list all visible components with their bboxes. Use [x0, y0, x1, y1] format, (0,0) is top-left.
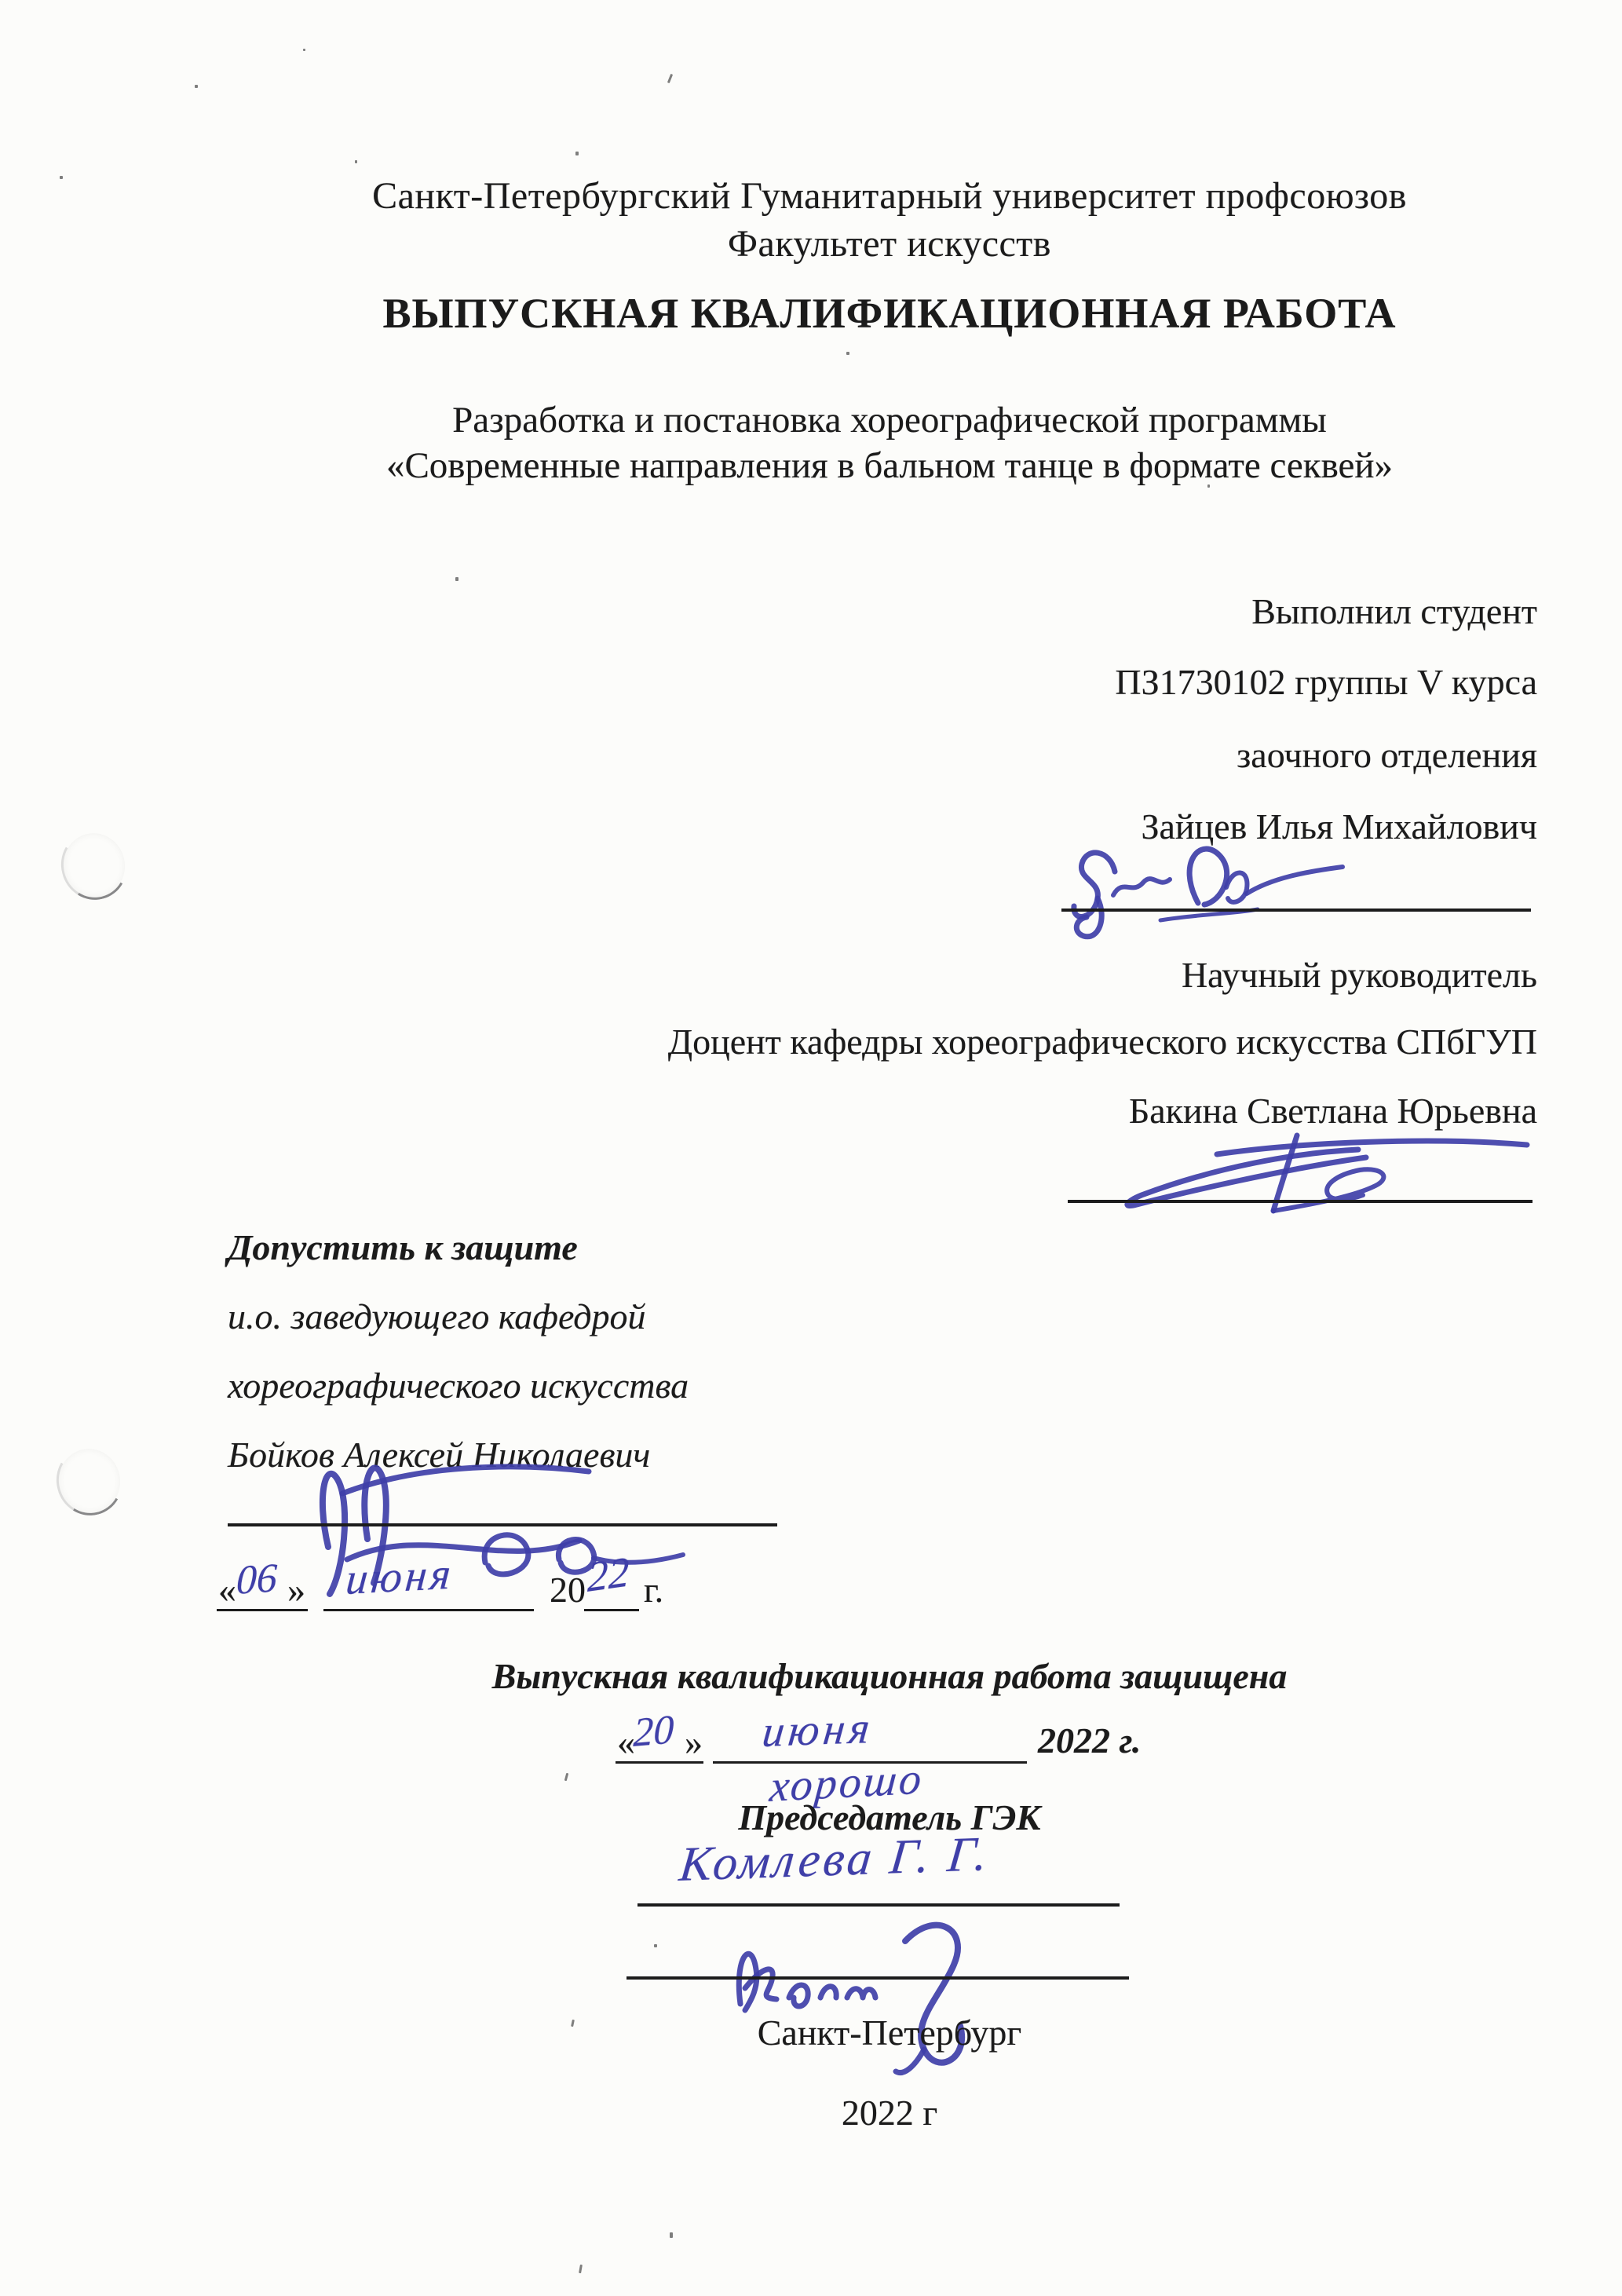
student-label: Выполнил студент: [1251, 590, 1537, 632]
faculty-name: Факультет искусств: [157, 222, 1622, 265]
student-mode: заочного отделения: [1237, 734, 1537, 776]
scan-speck: [564, 1773, 568, 1781]
approval-date-day-handwritten: 06: [236, 1555, 278, 1604]
head-signature-line: [228, 1523, 777, 1526]
scan-speck: [355, 160, 357, 163]
scan-speck: [667, 74, 673, 83]
defense-statement: Выпускная квалификационная работа защище…: [157, 1655, 1622, 1697]
approval-date-suffix: г.: [644, 1569, 663, 1610]
approval-date-month-underline: [323, 1609, 534, 1611]
defense-date-year: 2022 г.: [1038, 1720, 1141, 1761]
student-group: ПЗ1730102 группы V курса: [1115, 661, 1537, 703]
scan-speck: [670, 2232, 673, 2238]
student-signature: [1066, 832, 1349, 950]
scan-speck: [579, 2265, 583, 2273]
chairman-name-handwritten: Комлева Г. Г.: [677, 1826, 993, 1893]
supervisor-label: Научный руководитель: [1182, 954, 1537, 996]
university-name: Санкт-Петербургский Гуманитарный универс…: [157, 174, 1622, 218]
approval-date-century: 20: [550, 1569, 586, 1610]
punch-hole-artifact-bottom: [49, 1439, 130, 1523]
defense-date-quote-close: »: [685, 1721, 703, 1763]
supervisor-signature-line: [1068, 1200, 1532, 1203]
chairman-signature: [711, 1907, 1025, 2083]
defense-date-day-underline: [616, 1761, 703, 1764]
scan-speck: [303, 49, 305, 51]
thesis-title-line1: Разработка и постановка хореографической…: [157, 399, 1622, 441]
admit-to-defense-label: Допустить к защите: [228, 1227, 578, 1268]
scan-speck: [455, 577, 458, 581]
scan-speck: [846, 352, 849, 355]
supervisor-signature: [1099, 1123, 1539, 1217]
supervisor-position: Доцент кафедры хореографического искусст…: [668, 1021, 1537, 1062]
chairman-signature-line: [627, 1976, 1129, 1980]
scan-speck: [60, 176, 63, 179]
approval-date-quote-open: «: [218, 1569, 236, 1610]
defense-date-day-handwritten: 20: [633, 1706, 674, 1757]
acting-head-label: и.о. заведующего кафедрой: [228, 1296, 646, 1337]
student-signature-line: [1061, 909, 1531, 912]
scan-speck: [1207, 484, 1210, 488]
work-type-heading: ВЫПУСКНАЯ КВАЛИФИКАЦИОННАЯ РАБОТА: [157, 289, 1622, 338]
scan-speck: [575, 152, 579, 155]
scan-speck: [195, 85, 198, 88]
footer-year: 2022 г: [157, 2092, 1622, 2133]
approval-date-month-handwritten: июня: [344, 1548, 456, 1605]
approval-date-quote-close: »: [287, 1569, 305, 1610]
approval-date-year-handwritten: 22: [587, 1547, 629, 1602]
approval-date-year-underline: [584, 1609, 639, 1611]
department-label: хореографического искусства: [228, 1365, 689, 1406]
defense-date-month-handwritten: июня: [760, 1703, 876, 1757]
scan-speck: [654, 1944, 657, 1947]
scanned-thesis-title-page: Санкт-Петербургский Гуманитарный универс…: [0, 0, 1622, 2296]
thesis-title-line2: «Современные направления в бальном танце…: [157, 444, 1622, 487]
punch-hole-artifact-top: [54, 824, 135, 907]
footer-city: Санкт-Петербург: [157, 2012, 1622, 2053]
approval-date-day-underline: [217, 1609, 308, 1611]
